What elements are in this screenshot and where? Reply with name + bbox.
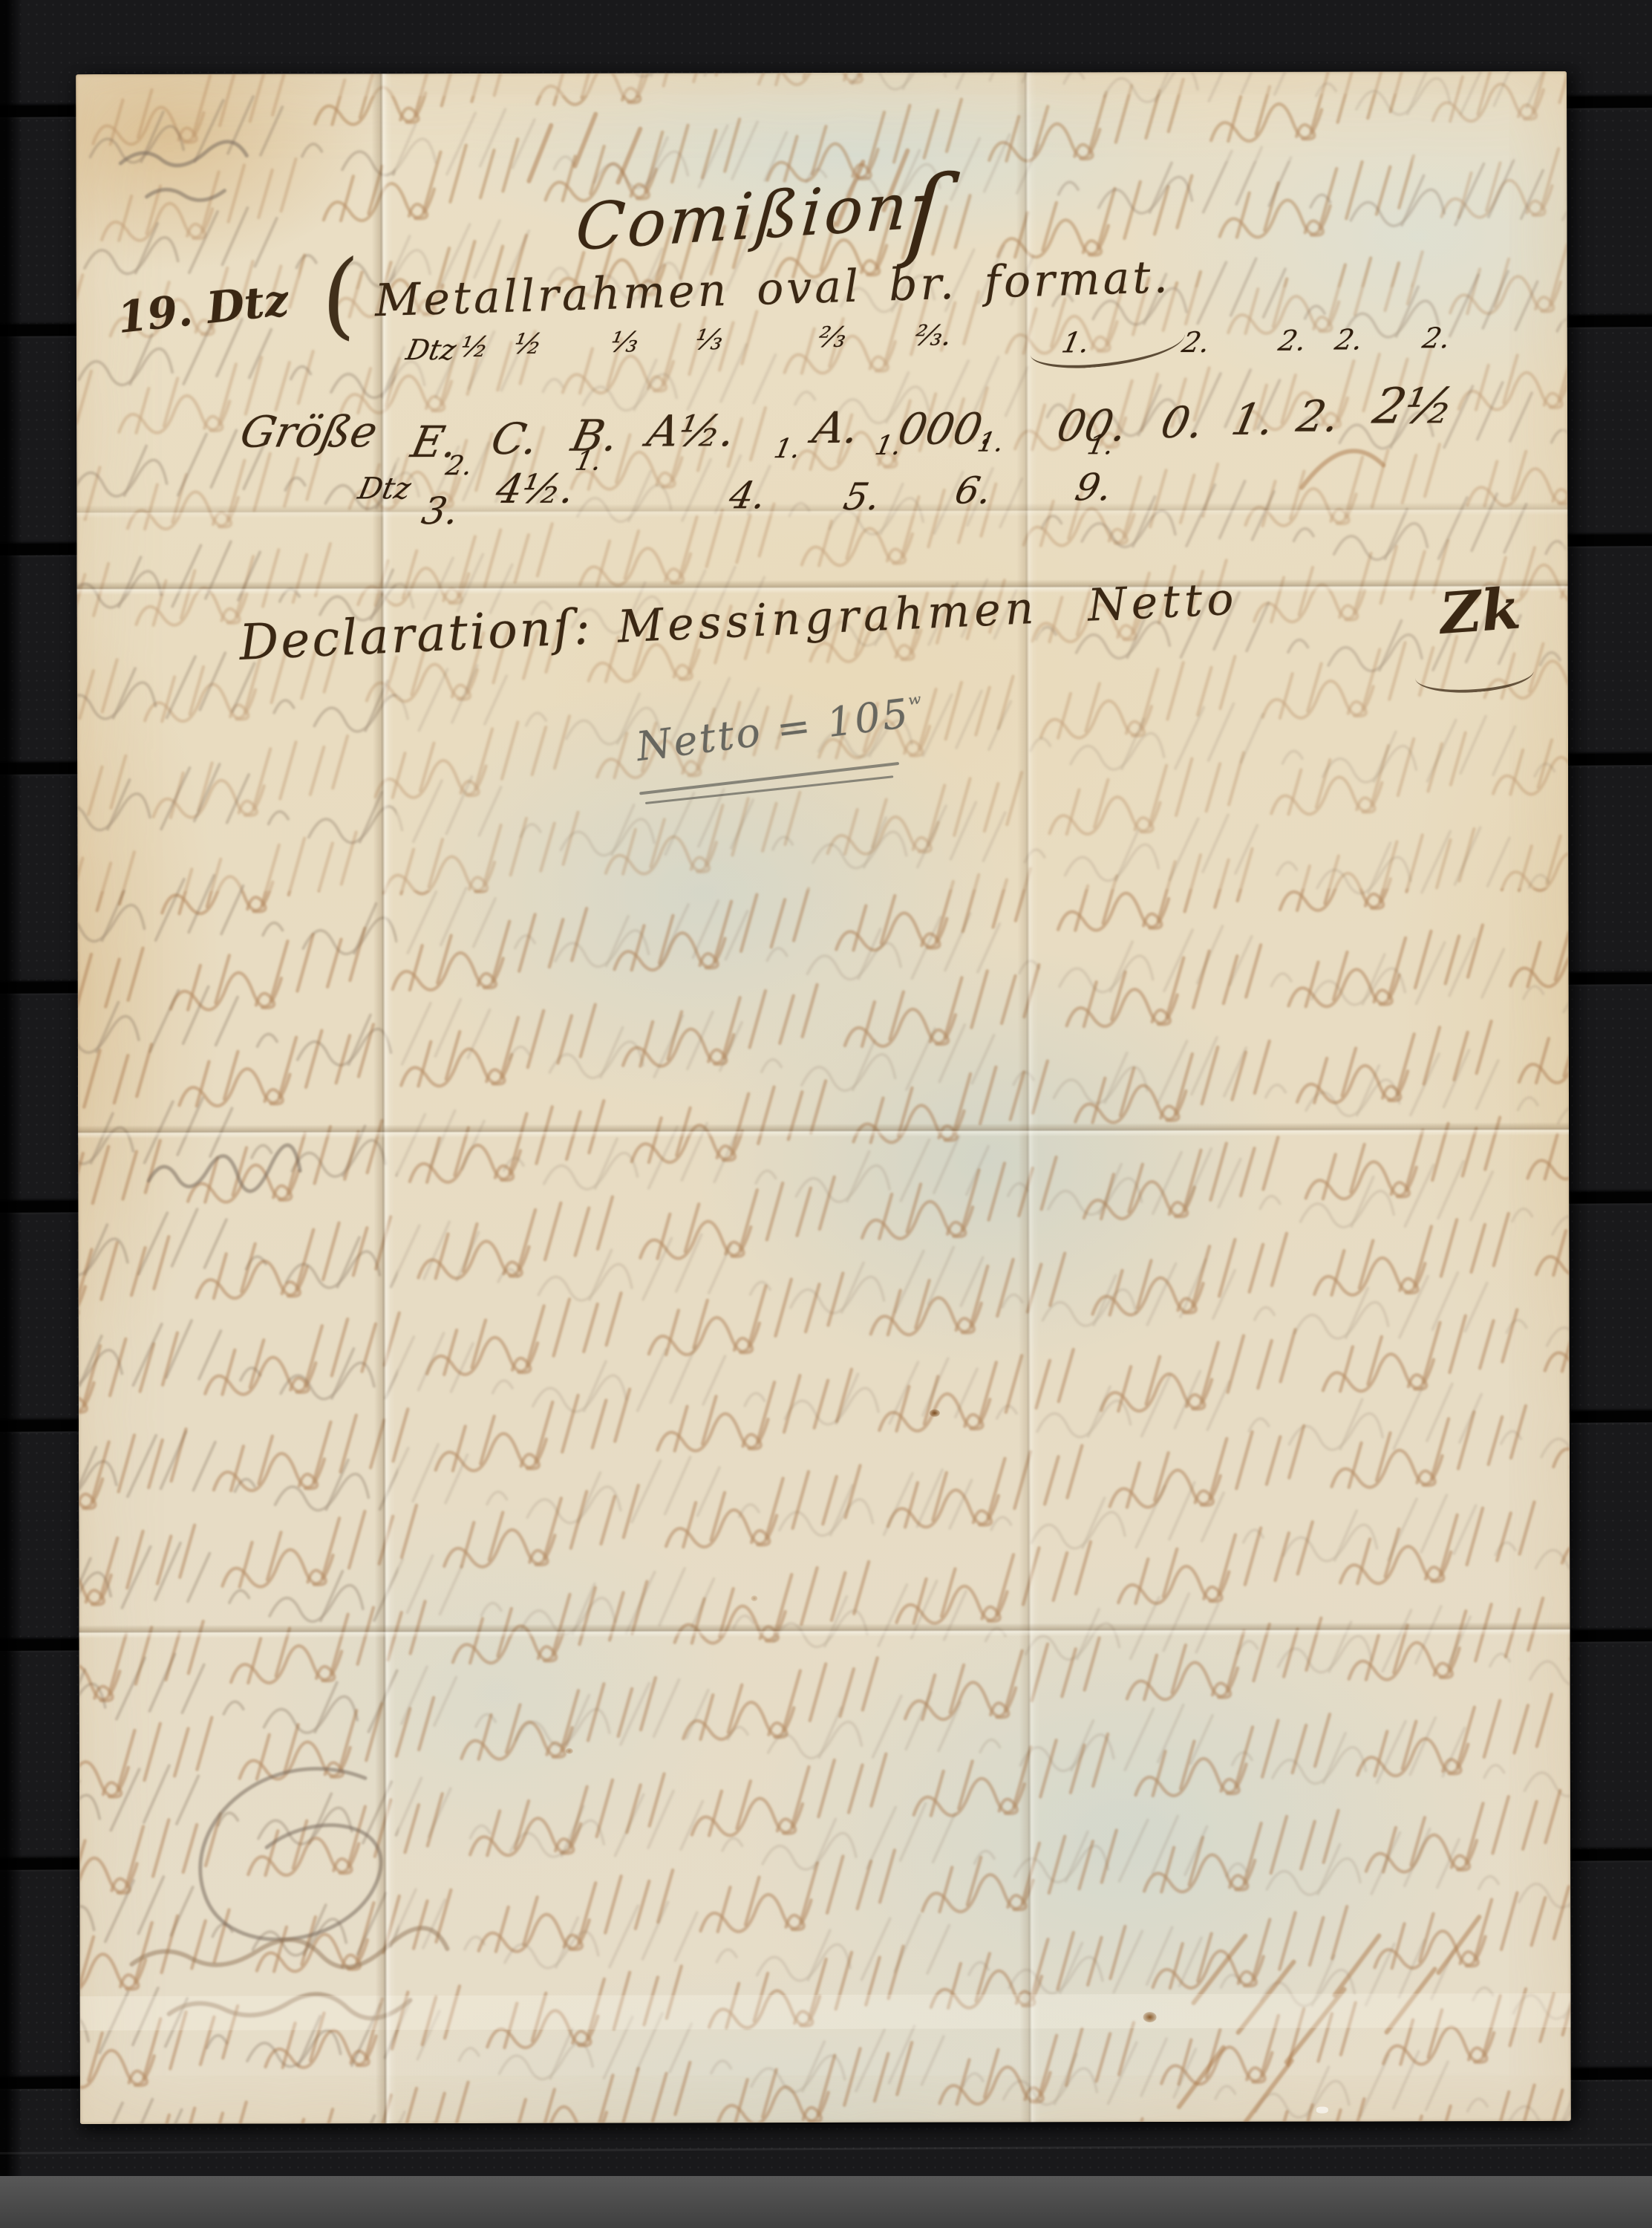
foxing-spot xyxy=(930,1410,940,1417)
fold-crease-vertical-left xyxy=(371,74,396,2123)
perdozen-row-label: Dtz xyxy=(355,472,414,506)
foxing-spot xyxy=(751,1595,757,1601)
paper-fleck xyxy=(1316,2107,1328,2114)
size-row-label: Größe xyxy=(236,406,382,457)
declaration-monogram: Zk xyxy=(1438,575,1523,647)
ghost-writing-layer xyxy=(76,71,1571,2124)
foxing-spot xyxy=(1143,2012,1157,2022)
album-spine-shadow xyxy=(0,0,22,2176)
dozen-row-label: Dtz xyxy=(403,333,459,366)
heading-text: Comißion xyxy=(573,169,913,265)
foxing-spot xyxy=(566,1748,573,1754)
letter-paper: Comißionſ 19. Dtz ( Metallrahmen oval br… xyxy=(76,71,1571,2124)
pressing-band xyxy=(80,1993,1571,2030)
scanned-letter-photo: Comißionſ 19. Dtz ( Metallrahmen oval br… xyxy=(0,0,1652,2228)
perdozen-denominator: 4½. xyxy=(492,466,579,512)
fold-crease-vertical-right xyxy=(1016,72,1041,2122)
size-row-value: A½. xyxy=(643,405,740,456)
table-surface xyxy=(0,2176,1652,2228)
size-row-value: 2½ xyxy=(1368,377,1459,434)
album-bottom-ridge xyxy=(0,2143,1652,2154)
dozen-row-value: ⅔. xyxy=(912,319,955,352)
